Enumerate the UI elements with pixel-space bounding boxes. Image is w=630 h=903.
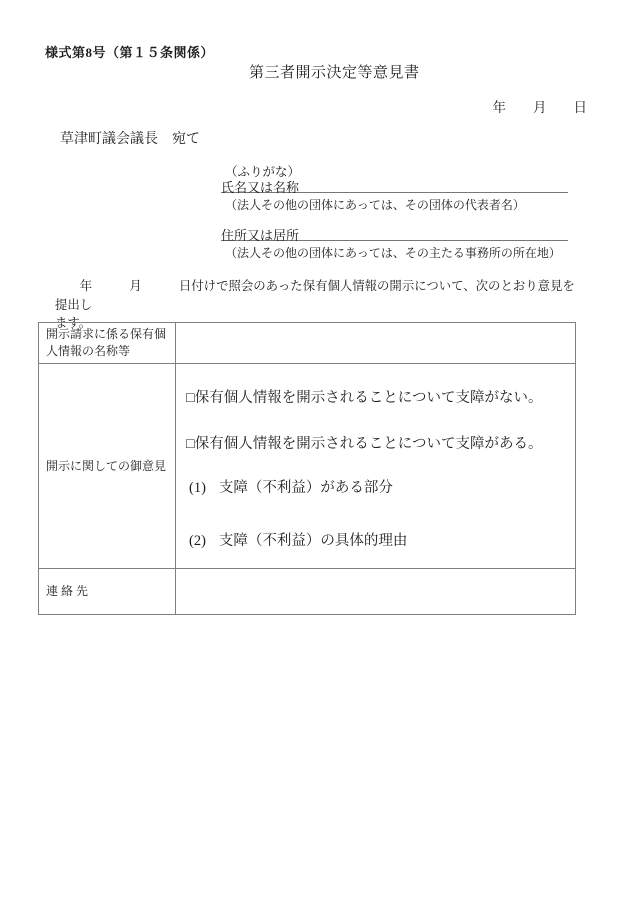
date-line: 年 月 日 [493, 96, 588, 116]
document-page: 様式第8号（第１５条関係） 第三者開示決定等意見書 年 月 日 草津町議会議長 … [0, 0, 630, 903]
option-objection-reason: (2)支障（不利益）の具体的理由 [186, 533, 567, 549]
date-month-label: 月 [533, 96, 547, 116]
option-no-objection: □保有個人情報を開示されることについて支障がない。 [186, 390, 567, 406]
option-objection: □保有個人情報を開示されることについて支障がある。 [186, 436, 567, 452]
table-row-info-name: 開示請求に係る保有個人情報の名称等 [39, 323, 576, 364]
page-title: 第三者開示決定等意見書 [249, 61, 420, 82]
opinion-form-table: 開示請求に係る保有個人情報の名称等 開示に関しての御意見 □保有個人情報を開示さ… [38, 322, 576, 615]
table-row-contact: 連 絡 先 [39, 569, 576, 615]
option-objection-label: 保有個人情報を開示されることについて支障がある。 [195, 436, 543, 452]
checkbox-objection-icon[interactable]: □ [186, 436, 195, 452]
row-label-contact: 連 絡 先 [39, 569, 176, 615]
info-name-input-cell[interactable] [176, 323, 576, 364]
option-objection-reason-label: 支障（不利益）の具体的理由 [219, 533, 408, 549]
date-day-label: 日 [574, 96, 588, 116]
addressee-line: 草津町議会議長 宛て [60, 128, 200, 148]
body-paragraph-line1: 年 月 日付けで照会のあった保有個人情報の開示について、次のとおり意見を提出し [55, 277, 580, 314]
name-fill-field[interactable]: 氏名又は名称 [221, 177, 568, 193]
address-fill-field[interactable]: 住所又は居所 [221, 225, 568, 241]
option-2-number: (2) [189, 533, 206, 549]
name-field-label: 氏名又は名称 [221, 180, 299, 195]
option-objection-part: (1)支障（不利益）がある部分 [186, 480, 567, 496]
option-1-number: (1) [189, 480, 206, 496]
row-label-info-name: 開示請求に係る保有個人情報の名称等 [39, 323, 176, 364]
date-year-label: 年 [493, 96, 507, 116]
table-row-opinion: 開示に関しての御意見 □保有個人情報を開示されることについて支障がない。 □保有… [39, 364, 576, 569]
address-field-note: （法人その他の団体にあっては、その主たる事務所の所在地） [225, 244, 561, 261]
row-label-opinion: 開示に関しての御意見 [39, 364, 176, 569]
address-field-label: 住所又は居所 [221, 228, 299, 243]
opinion-options-cell: □保有個人情報を開示されることについて支障がない。 □保有個人情報を開示されるこ… [176, 364, 576, 569]
contact-input-cell[interactable] [176, 569, 576, 615]
option-no-objection-label: 保有個人情報を開示されることについて支障がない。 [195, 390, 543, 406]
checkbox-no-objection-icon[interactable]: □ [186, 390, 195, 406]
form-number: 様式第8号（第１５条関係） [45, 42, 214, 61]
name-field-note: （法人その他の団体にあっては、その団体の代表者名） [225, 196, 525, 213]
option-objection-part-label: 支障（不利益）がある部分 [219, 480, 393, 496]
